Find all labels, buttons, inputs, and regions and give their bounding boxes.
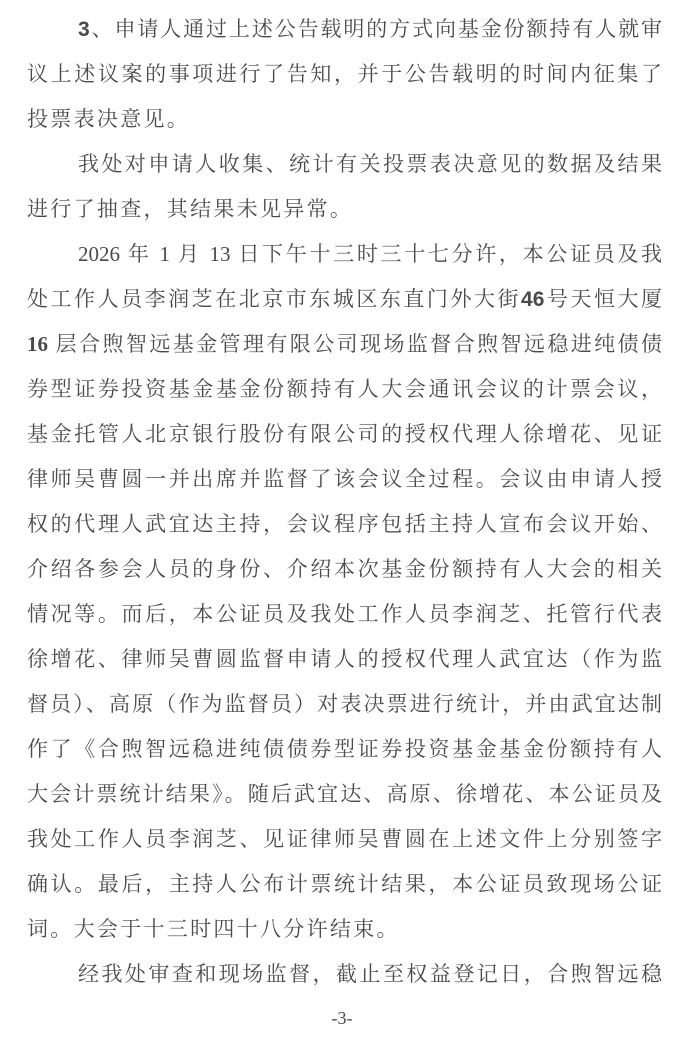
line-text: 情况等。而后，本公证员及我处工作人员李润芝、托管行代表 bbox=[27, 602, 662, 626]
text-line: 我处工作人员李润芝、见证律师吴曹圆在上述文件上分别签字 bbox=[27, 817, 662, 862]
text-line: 16 层合煦智远基金管理有限公司现场监督合煦智远稳进纯债债 bbox=[27, 322, 662, 367]
line-text: 我处工作人员李润芝、见证律师吴曹圆在上述文件上分别签字 bbox=[27, 827, 662, 851]
text-line: 处工作人员李润芝在北京市东城区东直门外大街46号天恒大厦 bbox=[27, 277, 662, 322]
text-line: 2026 年 1 月 13 日下午十三时三十七分许，本公证员及我 bbox=[27, 232, 662, 277]
line-text: 券型证券投资基金基金份额持有人大会通讯会议的计票会议， bbox=[27, 377, 662, 401]
text-line: 议上述议案的事项进行了告知，并于公告载明的时间内征集了 bbox=[27, 52, 662, 97]
paragraph-review-conclusion: 经我处审查和现场监督，截止至权益登记日，合煦智远稳 bbox=[27, 952, 662, 997]
line-text: 经我处审查和现场监督，截止至权益登记日，合煦智远稳 bbox=[78, 962, 662, 986]
text-line: 基金托管人北京银行股份有限公司的授权代理人徐增花、见证 bbox=[27, 412, 662, 457]
line-text: 确认。最后，主持人公布计票统计结果，本公证员致现场公证 bbox=[27, 872, 662, 896]
text-line: 进行了抽查，其结果未见异常。 bbox=[27, 187, 662, 232]
floor-number: 16 bbox=[27, 332, 48, 356]
line-text: 督员）、高原（作为监督员）对表决票进行统计，并由武宜达制 bbox=[27, 692, 662, 716]
text-line: 词。大会于十三时四十八分许结束。 bbox=[27, 907, 662, 952]
text-line: 确认。最后，主持人公布计票统计结果，本公证员致现场公证 bbox=[27, 862, 662, 907]
line-text: 权的代理人武宜达主持，会议程序包括主持人宣布会议开始、 bbox=[27, 512, 662, 536]
text-line: 我处对申请人收集、统计有关投票表决意见的数据及结果 bbox=[27, 142, 662, 187]
text-line: 大会计票统计结果》。随后武宜达、高原、徐增花、本公证员及 bbox=[27, 772, 662, 817]
line-text: 层合煦智远基金管理有限公司现场监督合煦智远稳进纯债债 bbox=[48, 332, 662, 356]
page-number: -3- bbox=[300, 1006, 384, 1030]
text-line: 督员）、高原（作为监督员）对表决票进行统计，并由武宜达制 bbox=[27, 682, 662, 727]
line-text: 介绍各参会人员的身份、介绍本次基金份额持有人大会的相关 bbox=[27, 557, 662, 581]
line-text: 处工作人员李润芝在北京市东城区东直门外大街 bbox=[27, 287, 521, 311]
line-text: 作了《合煦智远稳进纯债债券型证券投资基金基金份额持有人 bbox=[27, 737, 662, 761]
text-line: 介绍各参会人员的身份、介绍本次基金份额持有人大会的相关 bbox=[27, 547, 662, 592]
line-text: 2026 年 1 月 13 日下午十三时三十七分许，本公证员及我 bbox=[78, 242, 662, 266]
text-line: 律师吴曹圆一并出席并监督了该会议全过程。会议由申请人授 bbox=[27, 457, 662, 502]
line-text: 律师吴曹圆一并出席并监督了该会议全过程。会议由申请人授 bbox=[27, 467, 662, 491]
line-text: 投票表决意见。 bbox=[27, 107, 190, 131]
line-text: 徐增花、律师吴曹圆监督申请人的授权代理人武宜达（作为监 bbox=[27, 647, 662, 671]
line-text: 议上述议案的事项进行了告知，并于公告载明的时间内征集了 bbox=[27, 62, 662, 86]
line-text: 词。大会于十三时四十八分许结束。 bbox=[27, 917, 400, 941]
text-line: 情况等。而后，本公证员及我处工作人员李润芝、托管行代表 bbox=[27, 592, 662, 637]
paragraph-spot-check: 我处对申请人收集、统计有关投票表决意见的数据及结果 进行了抽查，其结果未见异常。 bbox=[27, 142, 662, 232]
document-body: 3、申请人通过上述公告载明的方式向基金份额持有人就审 议上述议案的事项进行了告知… bbox=[27, 7, 662, 997]
line-text: 我处对申请人收集、统计有关投票表决意见的数据及结果 bbox=[78, 152, 662, 176]
line-text: 、申请人通过上述公告载明的方式向基金份额持有人就审 bbox=[90, 17, 662, 41]
item-number: 3 bbox=[78, 18, 90, 41]
text-line: 经我处审查和现场监督，截止至权益登记日，合煦智远稳 bbox=[27, 952, 662, 997]
line-text: 号天恒大厦 bbox=[544, 287, 662, 311]
street-number: 46 bbox=[521, 288, 544, 311]
line-text: 进行了抽查，其结果未见异常。 bbox=[27, 197, 353, 221]
paragraph-applicant-notice: 3、申请人通过上述公告载明的方式向基金份额持有人就审 议上述议案的事项进行了告知… bbox=[27, 7, 662, 142]
text-line: 3、申请人通过上述公告载明的方式向基金份额持有人就审 bbox=[27, 7, 662, 52]
line-text: 大会计票统计结果》。随后武宜达、高原、徐增花、本公证员及 bbox=[27, 782, 662, 806]
text-line: 投票表决意见。 bbox=[27, 97, 662, 142]
text-line: 徐增花、律师吴曹圆监督申请人的授权代理人武宜达（作为监 bbox=[27, 637, 662, 682]
text-line: 权的代理人武宜达主持，会议程序包括主持人宣布会议开始、 bbox=[27, 502, 662, 547]
text-line: 券型证券投资基金基金份额持有人大会通讯会议的计票会议， bbox=[27, 367, 662, 412]
line-text: 基金托管人北京银行股份有限公司的授权代理人徐增花、见证 bbox=[27, 422, 662, 446]
paragraph-meeting-record: 2026 年 1 月 13 日下午十三时三十七分许，本公证员及我 处工作人员李润… bbox=[27, 232, 662, 952]
text-line: 作了《合煦智远稳进纯债债券型证券投资基金基金份额持有人 bbox=[27, 727, 662, 772]
